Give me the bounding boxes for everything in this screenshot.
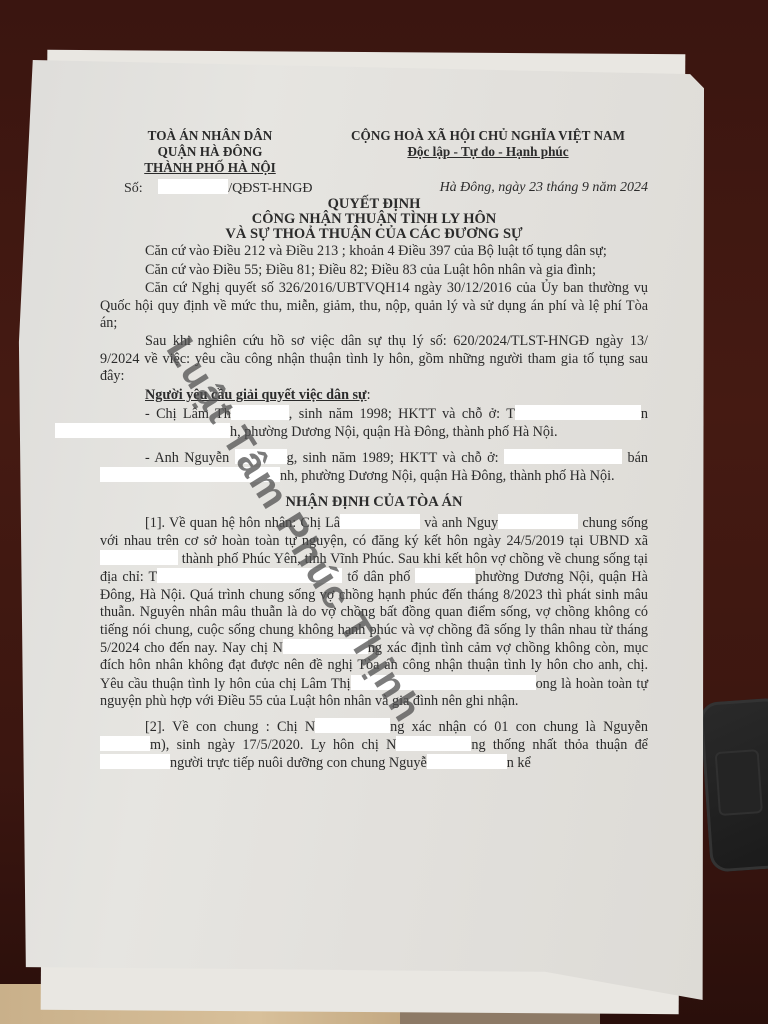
court-name: TOÀ ÁN NHÂN DÂN QUẬN HÀ ĐÔNG THÀNH PHỐ H… [100,128,320,176]
document-header: TOÀ ÁN NHÂN DÂN QUẬN HÀ ĐÔNG THÀNH PHỐ H… [100,128,648,176]
decision-title: QUYẾT ĐỊNH CÔNG NHẬN THUẬN TÌNH LY HÔN V… [100,197,648,242]
redaction [504,449,622,464]
decision-number-row: Số: /QĐST-HNGĐ Hà Đông, ngày 23 tháng 9 … [100,179,648,197]
place-date: Hà Đông, ngày 23 tháng 9 năm 2024 [440,179,648,197]
finding-child: [2]. Về con chung : Chị Nng xác nhận có … [100,718,648,773]
redaction [396,736,471,751]
redaction [498,514,578,529]
redaction [427,754,507,769]
redaction [340,514,420,529]
person-1: - Chị Lâm Th, sinh năm 1998; HKTT và chỗ… [100,405,648,442]
person-2: - Anh Nguyễn g, sinh năm 1989; HKTT và c… [100,449,648,486]
national-motto: CỘNG HOÀ XÃ HỘI CHỦ NGHĨA VIỆT NAM Độc l… [328,128,648,176]
legal-basis-3: Căn cứ Nghị quyết số 326/2016/UBTVQH14 n… [100,280,648,332]
redaction [315,718,390,733]
decision-number: Số: /QĐST-HNGĐ [100,179,312,197]
phone-object [699,697,768,872]
legal-basis-2: Căn cứ vào Điều 55; Điều 81; Điều 82; Đi… [100,262,648,279]
redaction [415,568,475,583]
phone-camera [715,749,763,816]
redaction [515,405,641,420]
redaction [100,754,170,769]
redaction [158,179,228,194]
redaction [100,736,150,751]
legal-basis-1: Căn cứ vào Điều 212 và Điều 213 ; khoản … [100,243,648,260]
redaction [100,550,178,565]
section-heading: NHẬN ĐỊNH CỦA TÒA ÁN [100,494,648,511]
